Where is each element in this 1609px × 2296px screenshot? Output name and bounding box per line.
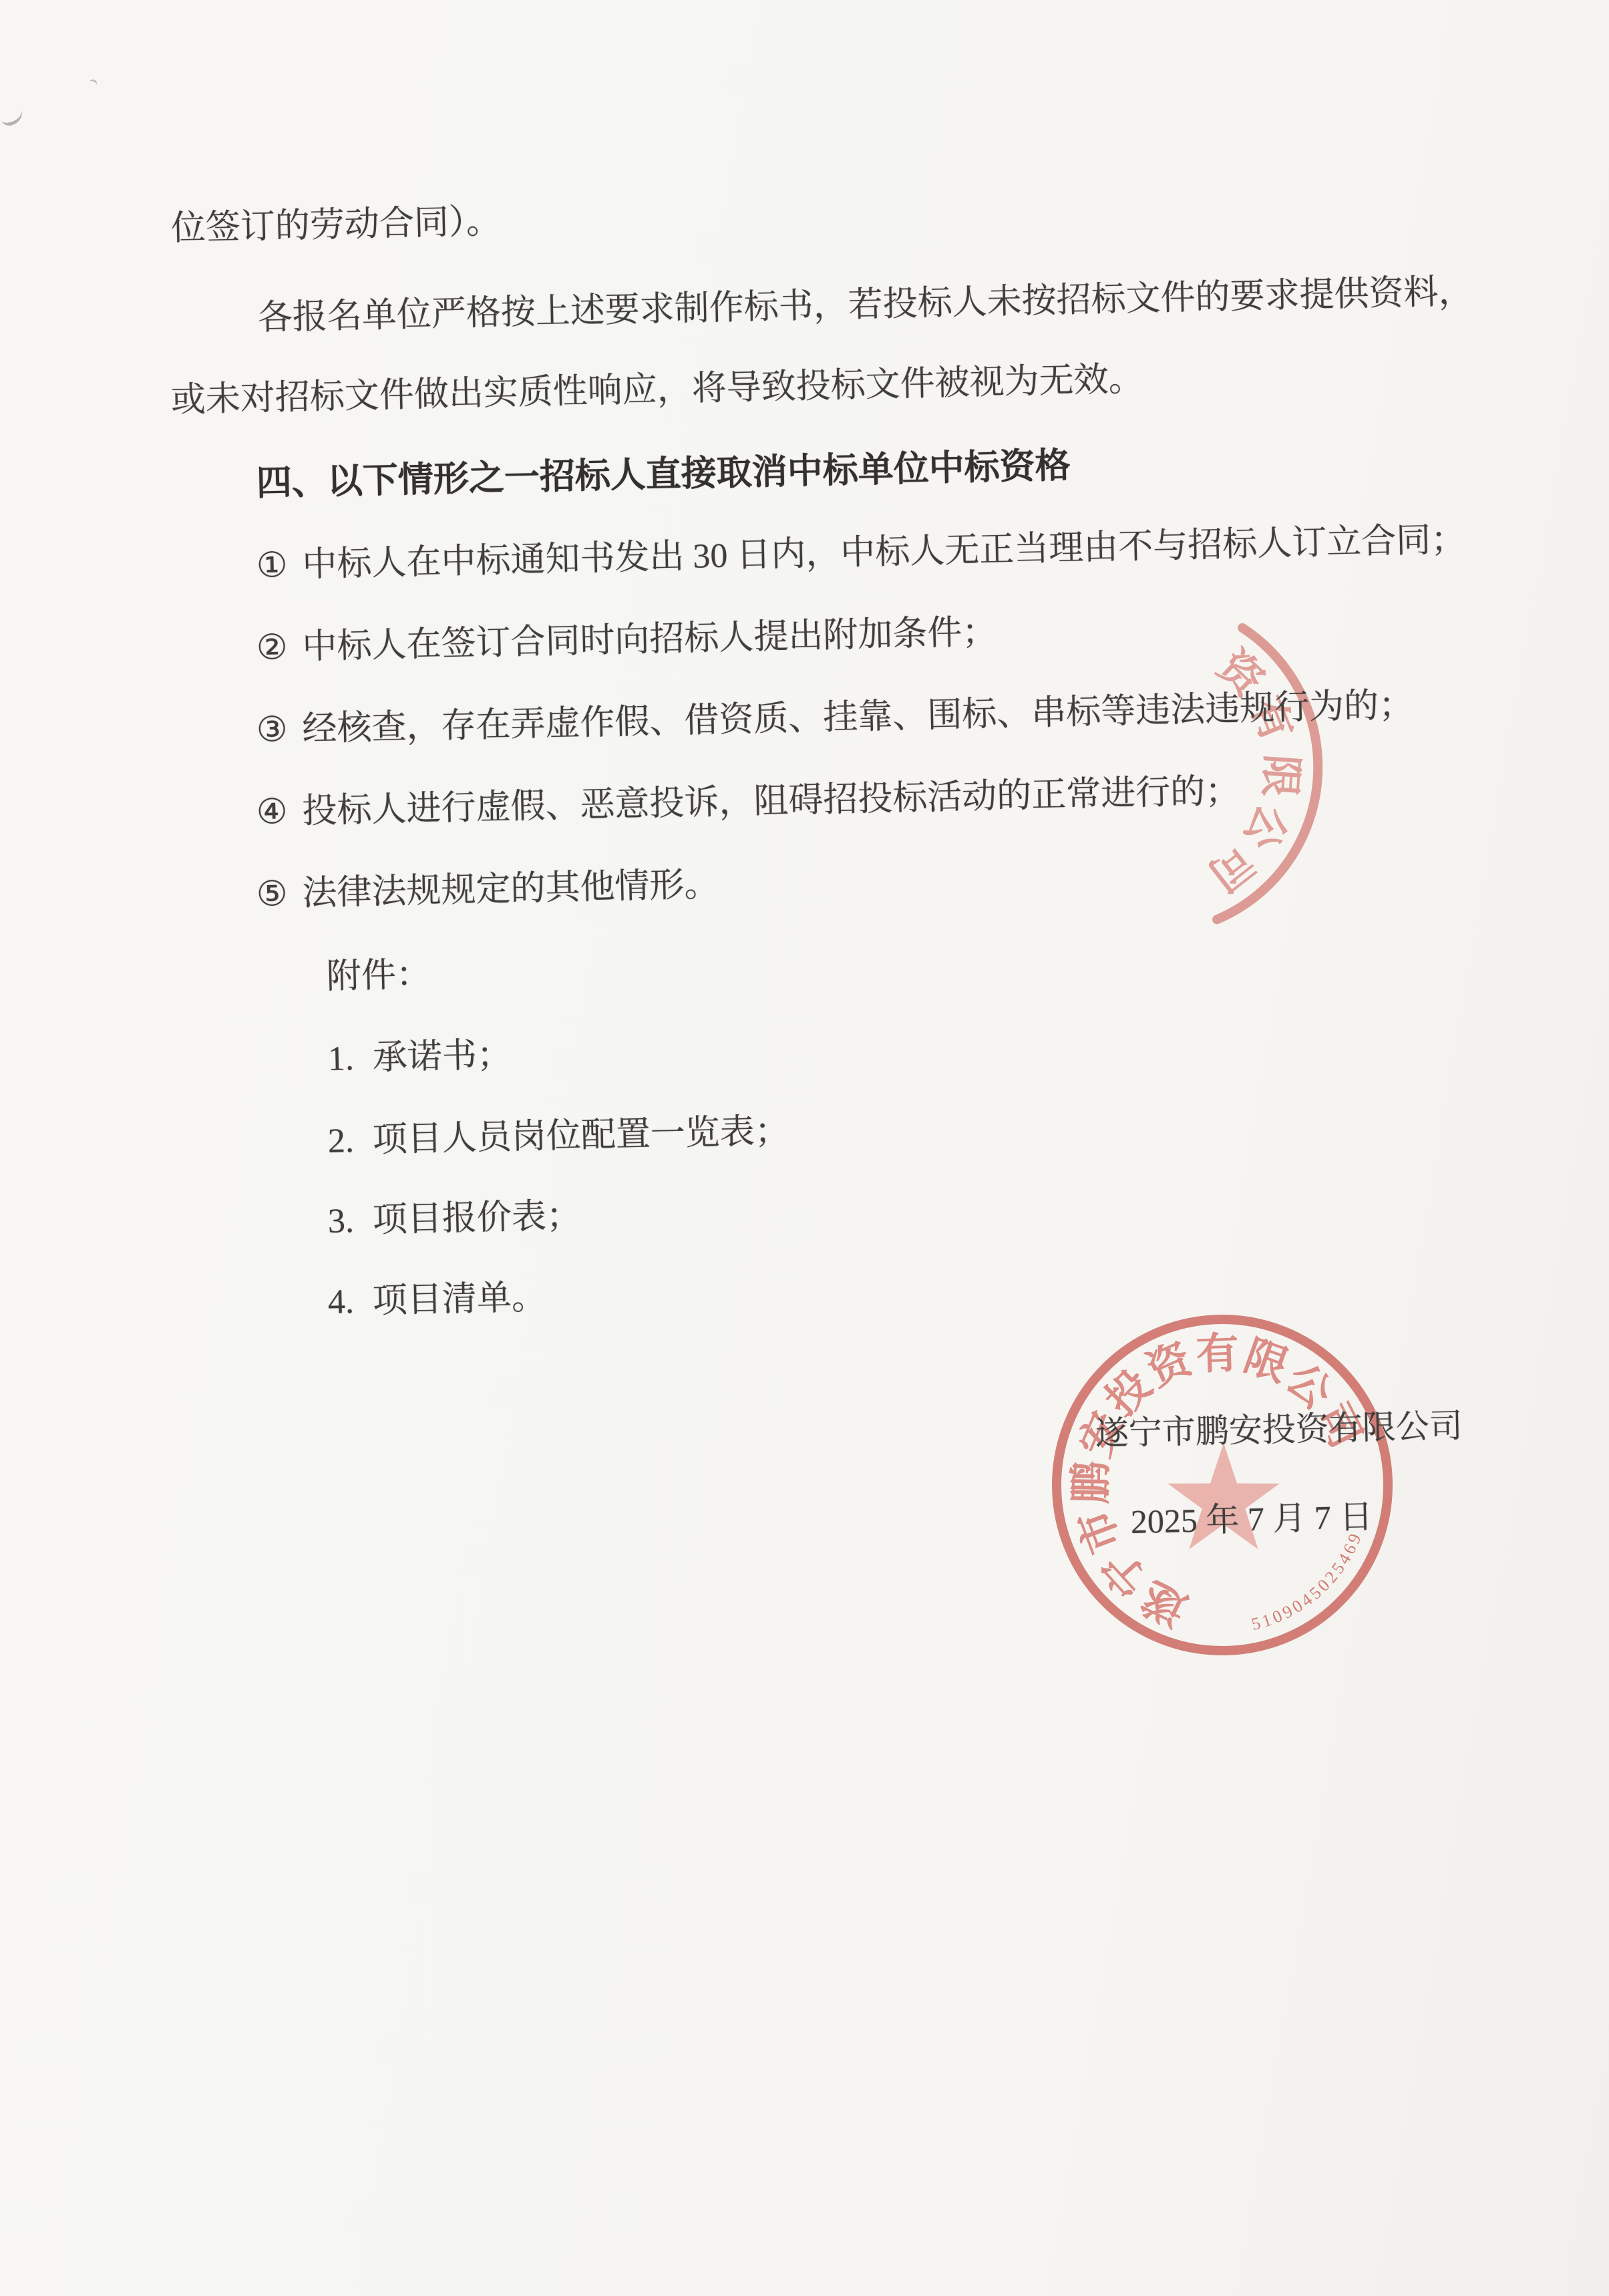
attachment-number: 4. <box>327 1282 354 1322</box>
document-page: 资 有 限 公 司 遂 宁 市 鹏 安 投 资 有 限 公 司 51090450… <box>0 0 1609 2296</box>
circled-number-2: ② <box>256 627 288 668</box>
seal-char: 限 <box>1255 753 1305 799</box>
attachment-text: 项目人员岗位配置一览表； <box>372 1112 789 1160</box>
seal-serial-number: 5109045025469 <box>1250 1528 1367 1634</box>
clause-item-5: ⑤法律法规规定的其他情形。 <box>256 856 719 916</box>
clause-item-1: ①中标人在中标通知书发出 30 日内，中标人无正当理由不与招标人订立合同； <box>256 511 1466 587</box>
attachments-label: 附件： <box>326 946 431 998</box>
section-heading: 四、以下情形之一招标人直接取消中标单位中标资格 <box>256 437 1071 506</box>
clause-item-2: ②中标人在签订合同时向招标人提出附加条件； <box>256 603 997 669</box>
attachment-number: 1. <box>327 1039 354 1079</box>
seal-char: 公 <box>1235 797 1297 857</box>
circled-number-1: ① <box>256 545 288 586</box>
attachment-number: 2. <box>327 1121 354 1161</box>
signature-date: 2025 年 7 月 7 日 <box>1130 1490 1373 1543</box>
seal-char: 有 <box>1196 1329 1240 1378</box>
circled-number-3: ③ <box>256 709 288 750</box>
body-line-continuation: 位签订的劳动合同）。 <box>170 192 502 250</box>
signature-company-name: 遂宁市鹏安投资有限公司 <box>1095 1399 1463 1455</box>
seal-char: 司 <box>1200 836 1262 900</box>
scan-smudge-artifact <box>0 102 25 128</box>
clause-text: 法律法规规定的其他情形。 <box>302 866 719 913</box>
attachment-text: 项目清单。 <box>372 1279 546 1321</box>
seal-char: 鹏 <box>1067 1461 1115 1504</box>
attachment-item-4: 4.项目清单。 <box>327 1269 547 1323</box>
scan-speck-artifact <box>87 78 98 89</box>
paragraph-line-2: 或未对招标文件做出实质性响应，将导致投标文件被视为无效。 <box>170 350 1143 422</box>
attachment-item-3: 3.项目报价表； <box>327 1187 582 1243</box>
clause-text: 中标人在签订合同时向招标人提出附加条件； <box>302 613 997 667</box>
company-seal: 遂 宁 市 鹏 安 投 资 有 限 公 司 5109045025469 <box>1049 1311 1396 1659</box>
attachment-item-2: 2.项目人员岗位配置一览表； <box>327 1102 789 1162</box>
clause-text: 中标人在中标通知书发出 30 日内，中标人无正当理由不与招标人订立合同； <box>302 520 1466 584</box>
circled-number-4: ④ <box>256 792 288 832</box>
attachment-number: 3. <box>327 1201 354 1241</box>
svg-text:5109045025469: 5109045025469 <box>1250 1528 1367 1634</box>
attachment-item-1: 1.承诺书； <box>327 1026 512 1080</box>
attachment-text: 项目报价表； <box>372 1197 581 1240</box>
paragraph-line-1: 各报名单位严格按上述要求制作标书，若投标人未按招标文件的要求提供资料， <box>257 263 1473 339</box>
circled-number-5: ⑤ <box>256 874 288 915</box>
attachment-text: 承诺书； <box>372 1036 512 1078</box>
